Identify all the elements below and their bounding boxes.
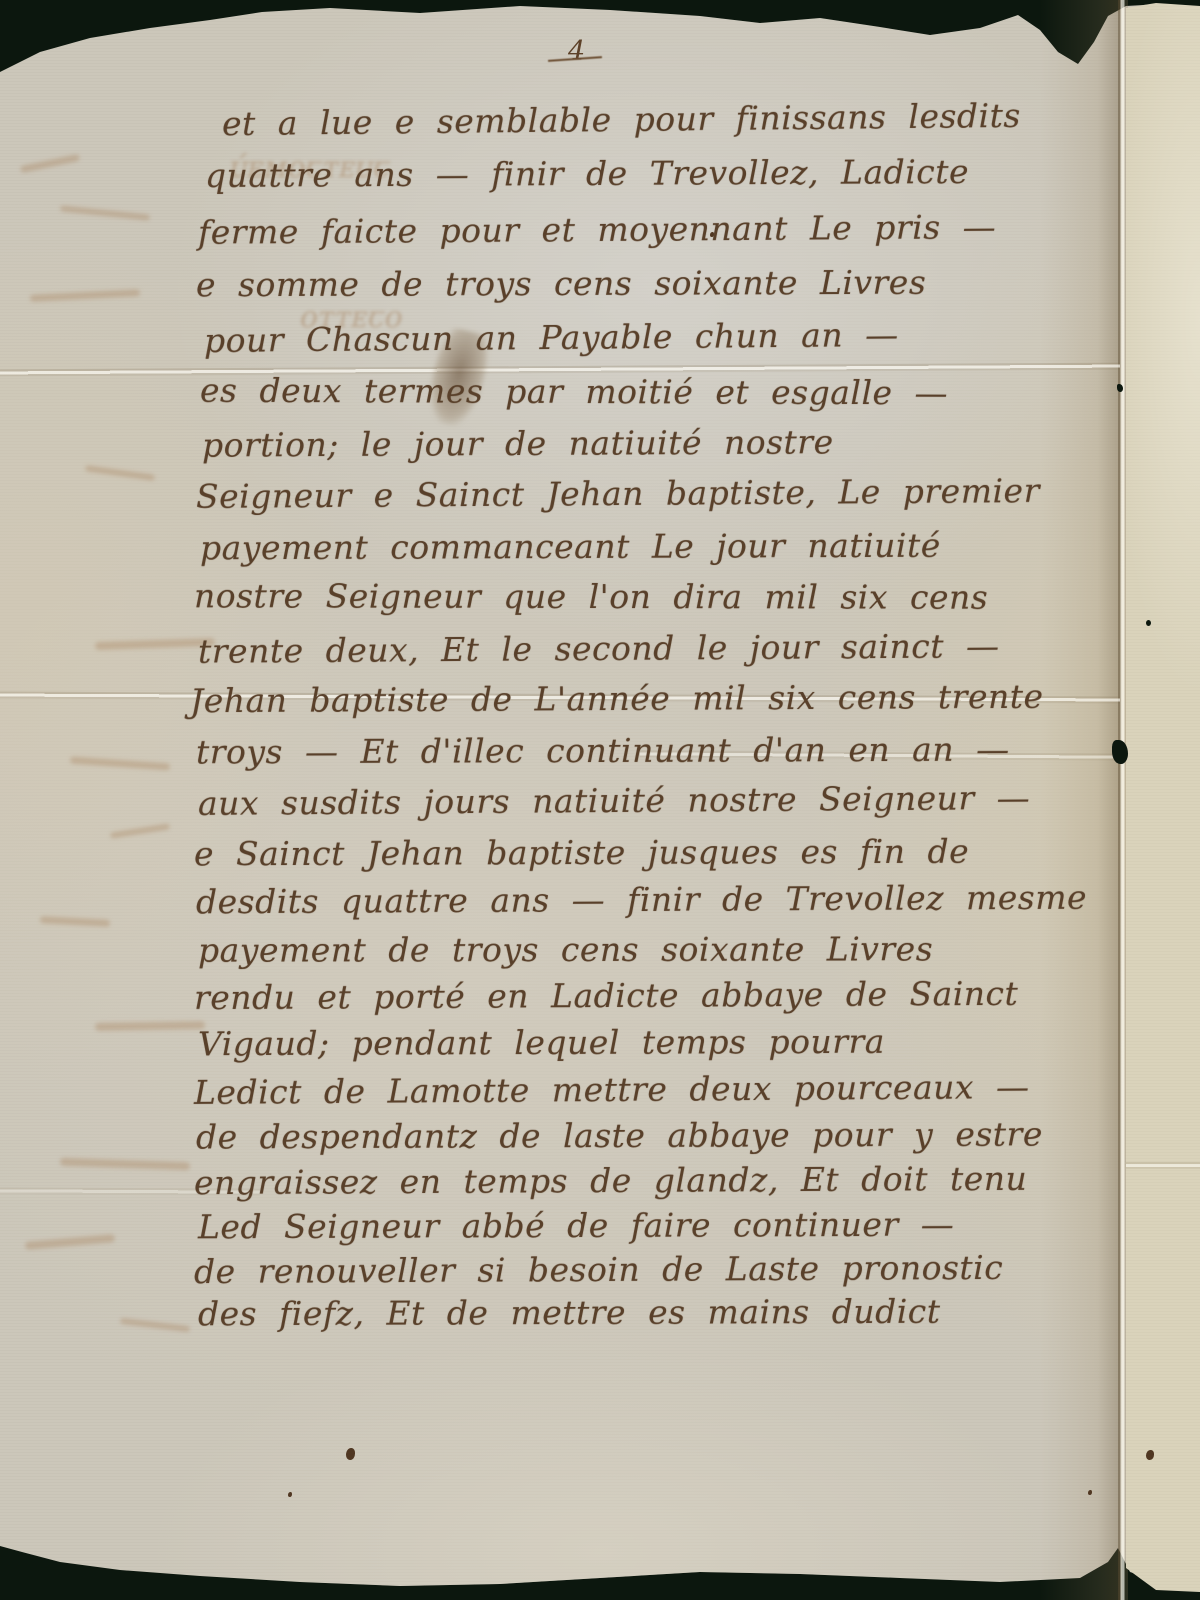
manuscript-line: de despendantz de laste abbaye pour y es… [196,1115,1043,1157]
manuscript-line: engraissez en temps de glandz, Et doit t… [194,1159,1027,1202]
manuscript-line: portion; le jour de natiuité nostre [202,422,834,464]
manuscript-line: ferme faicte pour et moyennant Le pris — [198,207,996,252]
manuscript-line: Vigaud; pendant lequel temps pourra [198,1022,885,1063]
fold-shading [1040,0,1122,1600]
manuscript-photo: ᴜ́ᴇᴍᴏꞇᴛᴇᴜꞇ ᴏᴛᴛᴇꞇᴏ 4 et a lue e semblable… [0,0,1200,1600]
adjacent-page-edge [1126,0,1200,1600]
crease-right-strip [1126,1162,1200,1169]
worm-hole [1117,384,1123,392]
manuscript-line: Ledict de Lamotte mettre deux pourceaux … [194,1067,1030,1112]
manuscript-line: des fiefz, Et de mettre es mains dudict [198,1292,941,1334]
folio-number: 4 [568,36,585,67]
manuscript-line: Led Seigneur abbé de faire continuer — [198,1205,954,1247]
worm-hole [1112,740,1128,764]
manuscript-line: quattre ans — finir de Trevollez, Ladict… [205,152,969,195]
manuscript-line: trente deux, Et le second le jour sainct… [198,626,1000,671]
manuscript-line: Seigneur e Sainct Jehan baptiste, Le pre… [196,471,1040,516]
manuscript-line: et a lue e semblable pour finissans lesd… [222,96,1021,143]
manuscript-line: payement de troys cens soixante Livres [198,929,933,969]
manuscript-line: es deux termes par moitié et esgalle — [200,371,948,413]
manuscript-line: rendu et porté en Ladicte abbaye de Sain… [194,974,1018,1017]
manuscript-line: desdits quattre ans — finir de Trevollez… [196,878,1087,922]
manuscript-line: de renouveller si besoin de Laste pronos… [194,1248,1003,1291]
manuscript-line: payement commanceant Le jour natiuité [200,526,941,568]
manuscript-line: nostre Seigneur que l'on dira mil six ce… [194,576,988,616]
worm-hole [1146,620,1151,626]
manuscript-line: e Sainct Jehan baptiste jusques es fin d… [194,832,969,874]
manuscript-line: pour Chascun an Payable chun an — [204,315,899,360]
manuscript-line: Jehan baptiste de L'année mil six cens t… [190,677,1044,720]
manuscript-line: troys — Et d'illec continuant d'an en an… [196,730,1010,772]
manuscript-line: e somme de troys cens soixante Livres [196,263,926,305]
manuscript-line: aux susdits jours natiuité nostre Seigne… [198,778,1030,823]
